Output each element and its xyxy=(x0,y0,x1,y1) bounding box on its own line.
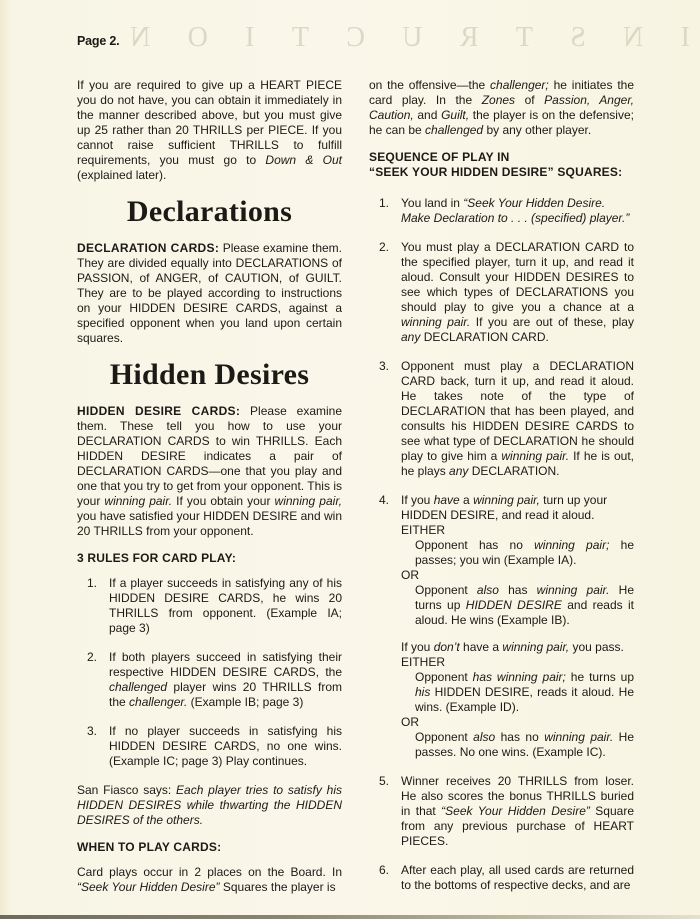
text: Down & Out xyxy=(265,153,342,167)
lead-label: DECLARATION CARDS: xyxy=(77,241,219,255)
when-to-play-paragraph: Card plays occur in 2 places on the Boar… xyxy=(77,865,342,895)
sequence-step: 5.Winner receives 20 THRILLS from loser.… xyxy=(379,774,634,849)
text: a xyxy=(460,493,473,507)
item-number: 3. xyxy=(379,359,389,374)
text: “Seek Your Hidden Desire” xyxy=(441,804,590,818)
or-label: OR xyxy=(401,715,634,730)
spacer xyxy=(401,628,634,640)
either-label: EITHER xyxy=(401,655,634,670)
text: winning pair. xyxy=(544,730,613,744)
lead-label: HIDDEN DESIRE CARDS: xyxy=(77,404,240,418)
text: Opponent must play a DECLARATION CARD ba… xyxy=(401,359,634,463)
text: Opponent xyxy=(415,730,473,744)
text: challenged xyxy=(425,123,483,137)
item-number: 1. xyxy=(87,576,97,591)
item-number: 2. xyxy=(379,240,389,255)
when-to-play-heading: WHEN TO PLAY CARDS: xyxy=(77,840,342,855)
text: of xyxy=(515,93,544,107)
text: Squares the player is xyxy=(220,880,336,894)
text: winning pair; xyxy=(534,538,609,552)
rule-item: 2.If both players succeed in satisfying … xyxy=(87,650,342,710)
text: If you obtain your xyxy=(172,494,274,508)
bleed-letter: U xyxy=(402,22,422,54)
either-label: EITHER xyxy=(401,523,634,538)
bleed-letter: N xyxy=(130,22,150,54)
or-label: OR xyxy=(401,568,634,583)
sequence-step: 6.After each play, all used cards are re… xyxy=(379,863,634,893)
text: and xyxy=(414,108,441,122)
text: (Example IB; page 3) xyxy=(187,695,303,709)
hidden-desires-heading: Hidden Desires xyxy=(77,358,342,392)
case-text: Opponent also has winning pair. He turns… xyxy=(415,583,634,628)
item-number: 3. xyxy=(87,724,97,739)
bleed-letter: S xyxy=(570,22,586,54)
dont-have-pair-text: If you don’t have a winning pair, you pa… xyxy=(401,640,634,655)
item-number: 2. xyxy=(87,650,97,665)
text: by any other player. xyxy=(483,123,591,137)
left-column: If you are required to give up a HEART P… xyxy=(77,78,342,907)
text: You land in xyxy=(401,196,463,210)
sequence-heading: SEQUENCE OF PLAY IN“SEEK YOUR HIDDEN DES… xyxy=(369,150,634,180)
item-number: 6. xyxy=(379,863,389,878)
text: Zones xyxy=(482,93,515,107)
text: winning pair. xyxy=(104,494,172,508)
rule-item: 3.If no player succeeds in satisfying hi… xyxy=(87,724,342,769)
text: San Fiasco says: xyxy=(77,783,176,797)
text: also xyxy=(477,583,499,597)
text: winning pair, xyxy=(275,494,342,508)
rules-heading: 3 RULES FOR CARD PLAY: xyxy=(77,551,342,566)
case-text: Opponent has no winning pair; he passes;… xyxy=(415,538,634,568)
text: his xyxy=(415,685,430,699)
bleed-through-header: I N S T R U C T I O N xyxy=(130,22,690,54)
text: winning pair. xyxy=(401,315,470,329)
case-text: Opponent also has no winning pair. He pa… xyxy=(415,730,634,760)
text: he turns up xyxy=(566,670,634,684)
case-text: Opponent has winning pair; he turns up h… xyxy=(415,670,634,715)
text: Guilt, xyxy=(441,108,469,122)
sequence-list: 1.You land in “Seek Your Hidden Desire. … xyxy=(369,196,634,893)
text: SEQUENCE OF PLAY IN xyxy=(369,150,510,164)
declaration-cards-paragraph: DECLARATION CARDS: Please examine them. … xyxy=(77,241,342,346)
text: has no xyxy=(495,730,544,744)
text: Opponent has no xyxy=(415,538,534,552)
item-number: 5. xyxy=(379,774,389,789)
text: “Seek Your Hidden Desire” xyxy=(77,880,220,894)
text: If both players succeed in satisfying th… xyxy=(109,650,342,679)
text: also xyxy=(473,730,495,744)
text: you pass. xyxy=(569,640,624,654)
text: Please examine them. They are divided eq… xyxy=(77,241,342,345)
text: has xyxy=(499,583,537,597)
text: any xyxy=(449,464,468,478)
text: Card plays occur in 2 places on the Boar… xyxy=(77,865,342,879)
right-column: on the offensive—the challenger; he init… xyxy=(369,78,634,907)
bleed-letter: I xyxy=(245,22,254,54)
text: have a xyxy=(460,640,503,654)
text: you have satisfied your HIDDEN DESIRE an… xyxy=(77,509,342,538)
text: challenger. xyxy=(129,695,187,709)
text: Please examine them. These tell you how … xyxy=(77,404,342,508)
text: winning pair. xyxy=(537,583,610,597)
page-number: Page 2. xyxy=(77,34,119,48)
sequence-step: 1.You land in “Seek Your Hidden Desire. … xyxy=(379,196,634,226)
sequence-step: 4. If you have a winning pair, turn up y… xyxy=(379,493,634,760)
text: You must play a DECLARATION CARD to the … xyxy=(401,240,634,314)
bleed-letter: T xyxy=(516,22,533,54)
bleed-letter: O xyxy=(188,22,208,54)
page-bottom-edge xyxy=(0,915,700,919)
sequence-step: 3.Opponent must play a DECLARATION CARD … xyxy=(379,359,634,479)
text: don’t xyxy=(434,640,460,654)
text: DECLARATION CARD. xyxy=(420,330,548,344)
text: If a player succeeds in satisfying any o… xyxy=(109,576,342,635)
have-pair-text: If you have a winning pair, turn up your… xyxy=(401,493,607,522)
declarations-heading: Declarations xyxy=(77,195,342,229)
bleed-letter: R xyxy=(460,22,479,54)
text: “SEEK YOUR HIDDEN DESIRE” SQUARES: xyxy=(369,165,622,179)
document-page: I N S T R U C T I O N Page 2. If you are… xyxy=(0,0,700,919)
item-number: 1. xyxy=(379,196,389,211)
text: After each play, all used cards are retu… xyxy=(401,863,634,892)
text: DECLARATION. xyxy=(468,464,559,478)
text: winning pair, xyxy=(502,640,569,654)
item-number: 4. xyxy=(379,493,389,508)
intro-paragraph: If you are required to give up a HEART P… xyxy=(77,78,342,183)
text: HIDDEN DESIRE xyxy=(466,598,562,612)
text: (explained later). xyxy=(77,168,166,182)
continued-paragraph: on the offensive—the challenger; he init… xyxy=(369,78,634,138)
bleed-letter: I xyxy=(681,22,690,54)
text: have xyxy=(434,493,460,507)
text: has winning pair; xyxy=(473,670,566,684)
text: challenger; xyxy=(490,78,549,92)
bleed-letter: C xyxy=(346,22,365,54)
text: challenged xyxy=(109,680,167,694)
san-fiasco-quote: San Fiasco says: Each player tries to sa… xyxy=(77,783,342,828)
rules-list: 1.If a player succeeds in satisfying any… xyxy=(77,576,342,769)
text: If no player succeeds in satisfying his … xyxy=(109,724,342,768)
text: If you are out of these, play xyxy=(470,315,634,329)
rule-item: 1.If a player succeeds in satisfying any… xyxy=(87,576,342,636)
text: If you xyxy=(401,493,434,507)
text: HIDDEN DESIRE, reads it aloud. He wins. … xyxy=(415,685,634,714)
text: winning pair. xyxy=(501,449,569,463)
text: any xyxy=(401,330,420,344)
bleed-letter: N xyxy=(623,22,643,54)
text: If you xyxy=(401,640,434,654)
text: Opponent xyxy=(415,583,477,597)
text: Opponent xyxy=(415,670,473,684)
hidden-desire-cards-paragraph: HIDDEN DESIRE CARDS: Please examine them… xyxy=(77,404,342,539)
sequence-step: 2.You must play a DECLARATION CARD to th… xyxy=(379,240,634,345)
text: on the offensive—the xyxy=(369,78,490,92)
text: winning pair, xyxy=(473,493,540,507)
bleed-letter: T xyxy=(292,22,309,54)
